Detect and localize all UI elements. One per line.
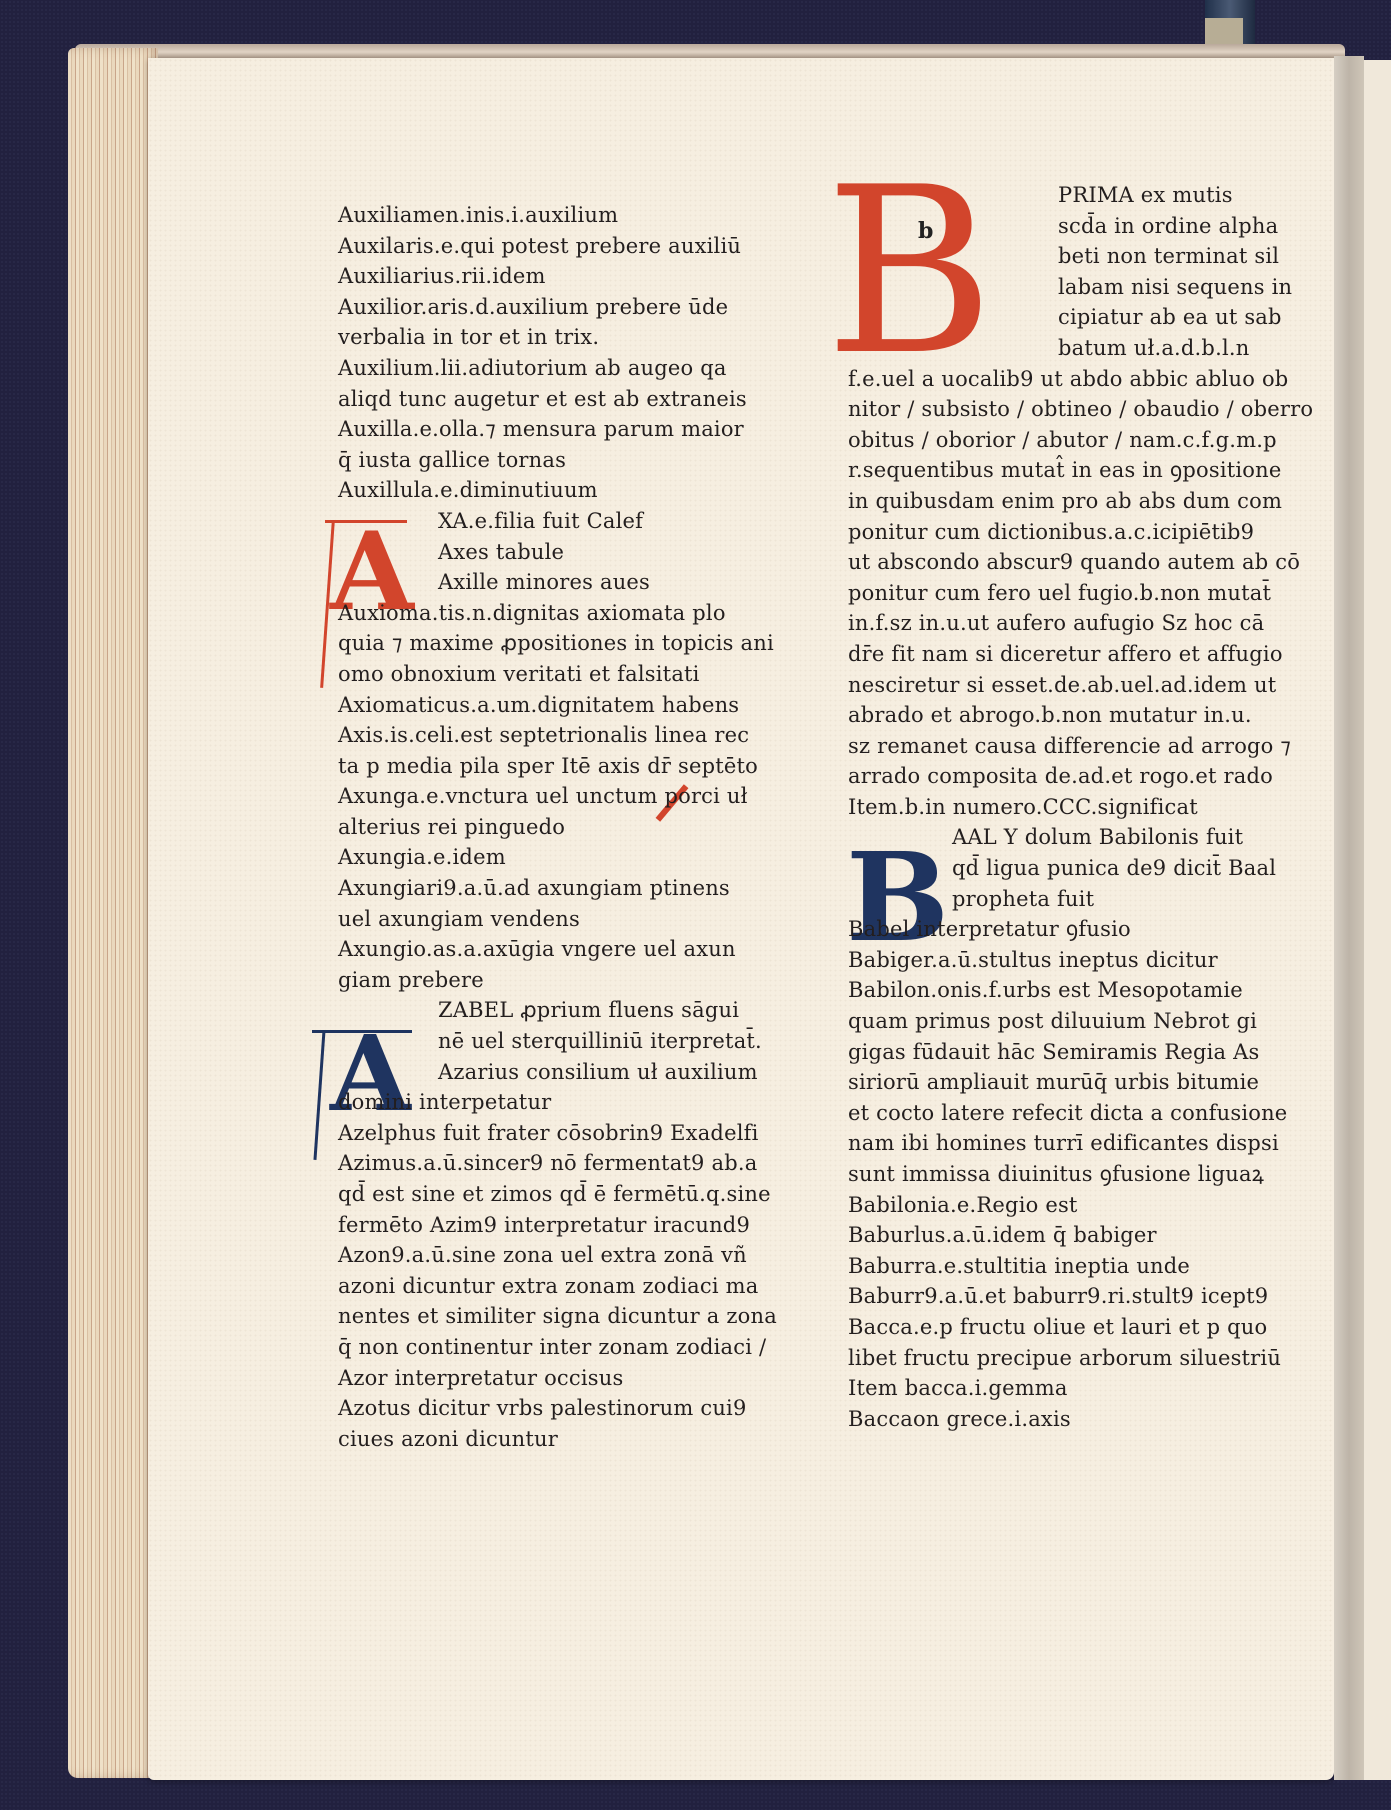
text-line: nitor / subsisto / obtineo / obaudio / o… [848,394,1288,425]
text-line: f.e.uel a uocalib9 ut abdo abbic abluo o… [848,364,1288,395]
book-spread: A A B b B Auxiliamen.inis.i.auxilium Aux… [0,0,1391,1810]
text-line: arrado composita de.ad.et rogo.et rado [848,761,1288,792]
text-line: domini interpetatur [338,1087,778,1118]
text-line: Axunga.e.vnctura uel unctum porci uł [338,781,778,812]
text-line: nentes et similiter signa dicuntur a zon… [338,1301,778,1332]
text-line: q̄ iusta gallice tornas [338,445,778,476]
text-line: Auxillula.e.diminutiuum [338,475,778,506]
text-line: Azelphus fuit frater cōsobrin9 Exadelfi [338,1118,778,1149]
text-line: ta p media pila sper Itē axis dr̄ septēt… [338,751,778,782]
text-line: omo obnoxium veritati et falsitati [338,659,778,690]
facing-page-edge [1364,60,1391,1780]
text-line: Item.b.in numero.CCC.significat [848,792,1288,823]
text-line: quam primus post diluuium Nebrot gi [848,1006,1288,1037]
text-line: Babilonia.e.Regio est [848,1190,1288,1221]
text-line: XA.e.filia fuit Calef [338,506,778,537]
text-line: in.f.sz in.u.ut aufero aufugio Sz hoc cā [848,608,1288,639]
text-line: Axes tabule [338,537,778,568]
text-line: labam nisi sequens in [848,272,1288,303]
text-line: Auxilior.aris.d.auxilium prebere ūde [338,292,778,323]
text-line: Baburra.e.stultitia ineptia unde [848,1251,1288,1282]
text-line: ut abscondo abscur9 quando autem ab cō [848,547,1288,578]
text-line: Azon9.a.ū.sine zona uel extra zonā vñ [338,1240,778,1271]
text-line: aliqd tunc augetur et est ab extraneis [338,384,778,415]
fore-edge-stack [68,48,158,1778]
text-line: ponitur cum dictionibus.a.c.icipiētib9 [848,517,1288,548]
text-line: fermēto Azim9 interpretatur iracund9 [338,1210,778,1241]
text-line: Azotus dicitur vrbs palestinorum cui9 [338,1393,778,1424]
text-line: Baccaon grece.i.axis [848,1404,1288,1435]
text-line: giam prebere [338,965,778,996]
text-line: Auxiliarius.rii.idem [338,261,778,292]
text-line: PRIMA ex mutis [848,180,1288,211]
text-line: Babiger.a.ū.stultus ineptus dicitur [848,945,1288,976]
text-line: batum uł.a.d.b.l.n [848,333,1288,364]
text-line: Babel interpretatur ꝯfusio [848,914,1288,945]
text-line: nē uel sterquilliniū iterpretat̄. [338,1026,778,1057]
text-line: nesciretur si esset.de.ab.uel.ad.idem ut [848,670,1288,701]
text-line: propheta fuit [848,884,1288,915]
text-line: Azarius consilium uł auxilium [338,1057,778,1088]
text-line: Auxiliamen.inis.i.auxilium [338,200,778,231]
text-line: Axiomaticus.a.um.dignitatem habens [338,690,778,721]
text-line: Auxilium.lii.adiutorium ab augeo qa [338,353,778,384]
text-line: Auxilaris.e.qui potest prebere auxiliū [338,231,778,262]
text-line: sunt immissa diuinitus ꝯfusione liguaꝝ [848,1159,1288,1190]
text-line: in quibusdam enim pro ab abs dum com [848,486,1288,517]
text-line: Azor interpretatur occisus [338,1363,778,1394]
text-line: ponitur cum fero uel fugio.b.non mutat̄ [848,578,1288,609]
text-line: Auxioma.tis.n.dignitas axiomata plo [338,598,778,629]
text-line: Azimus.a.ū.sincer9 nō fermentat9 ab.a [338,1148,778,1179]
text-line: Axis.is.celi.est septetrionalis linea re… [338,720,778,751]
text-line: Axille minores aues [338,567,778,598]
text-line: siriorū ampliauit murūq̄ urbis bitumie [848,1067,1288,1098]
text-line: Axungiari9.a.ū.ad axungiam ptinens [338,873,778,904]
text-line: beti non terminat sil [848,241,1288,272]
text-line: ZABEL ꝓprium fluens sāgui [338,995,778,1026]
text-line: qd̄ est sine et zimos qd̄ ē fermētū.q.si… [338,1179,778,1210]
text-line: scd̄a in ordine alpha [848,211,1288,242]
text-line: verbalia in tor et in trix. [338,322,778,353]
text-line: cipiatur ab ea ut sab [848,302,1288,333]
text-line: Babilon.onis.f.urbs est Mesopotamie [848,975,1288,1006]
text-line: q̄ non continentur inter zonam zodiaci / [338,1332,778,1363]
text-line: Bacca.e.p fructu oliue et lauri et p quo [848,1312,1288,1343]
text-line: gigas fūdauit hāc Semiramis Regia As [848,1037,1288,1068]
text-line: Baburlus.a.ū.idem q̄ babiger [848,1220,1288,1251]
text-line: libet fructu precipue arborum siluestriū [848,1343,1288,1374]
text-line: obitus / oborior / abutor / nam.c.f.g.m.… [848,425,1288,456]
text-line: Axungio.as.a.axūgia vngere uel axun [338,934,778,965]
text-line: AAL Y dolum Babilonis fuit [848,822,1288,853]
text-line: azoni dicuntur extra zonam zodiaci ma [338,1271,778,1302]
text-line: alterius rei pinguedo [338,812,778,843]
text-line: et cocto latere refecit dicta a confusio… [848,1098,1288,1129]
text-line: dr̄e fit nam si diceretur affero et affu… [848,639,1288,670]
right-column: PRIMA ex mutis scd̄a in ordine alpha bet… [848,180,1288,1434]
gutter-shadow [1334,56,1364,1780]
text-line: nam ibi homines turrī edificantes dispsi [848,1128,1288,1159]
text-line: Axungia.e.idem [338,842,778,873]
text-line: abrado et abrogo.b.non mutatur in.u. [848,700,1288,731]
text-line: qd̄ ligua punica de9 dicit̄ Baal [848,853,1288,884]
left-column: Auxiliamen.inis.i.auxilium Auxilaris.e.q… [338,200,778,1454]
text-line: r.sequentibus mutat̂ in eas in ꝯposition… [848,455,1288,486]
text-line: uel axungiam vendens [338,904,778,935]
text-line: Baburr9.a.ū.et baburr9.ri.stult9 icept9 [848,1281,1288,1312]
text-line: Auxilla.e.olla.⁊ mensura parum maior [338,414,778,445]
text-line: sz remanet causa differencie ad arrogo ⁊ [848,731,1288,762]
text-line: Item bacca.i.gemma [848,1373,1288,1404]
text-line: quia ⁊ maxime ꝓpositiones in topicis ani [338,628,778,659]
text-line: ciues azoni dicuntur [338,1424,778,1455]
